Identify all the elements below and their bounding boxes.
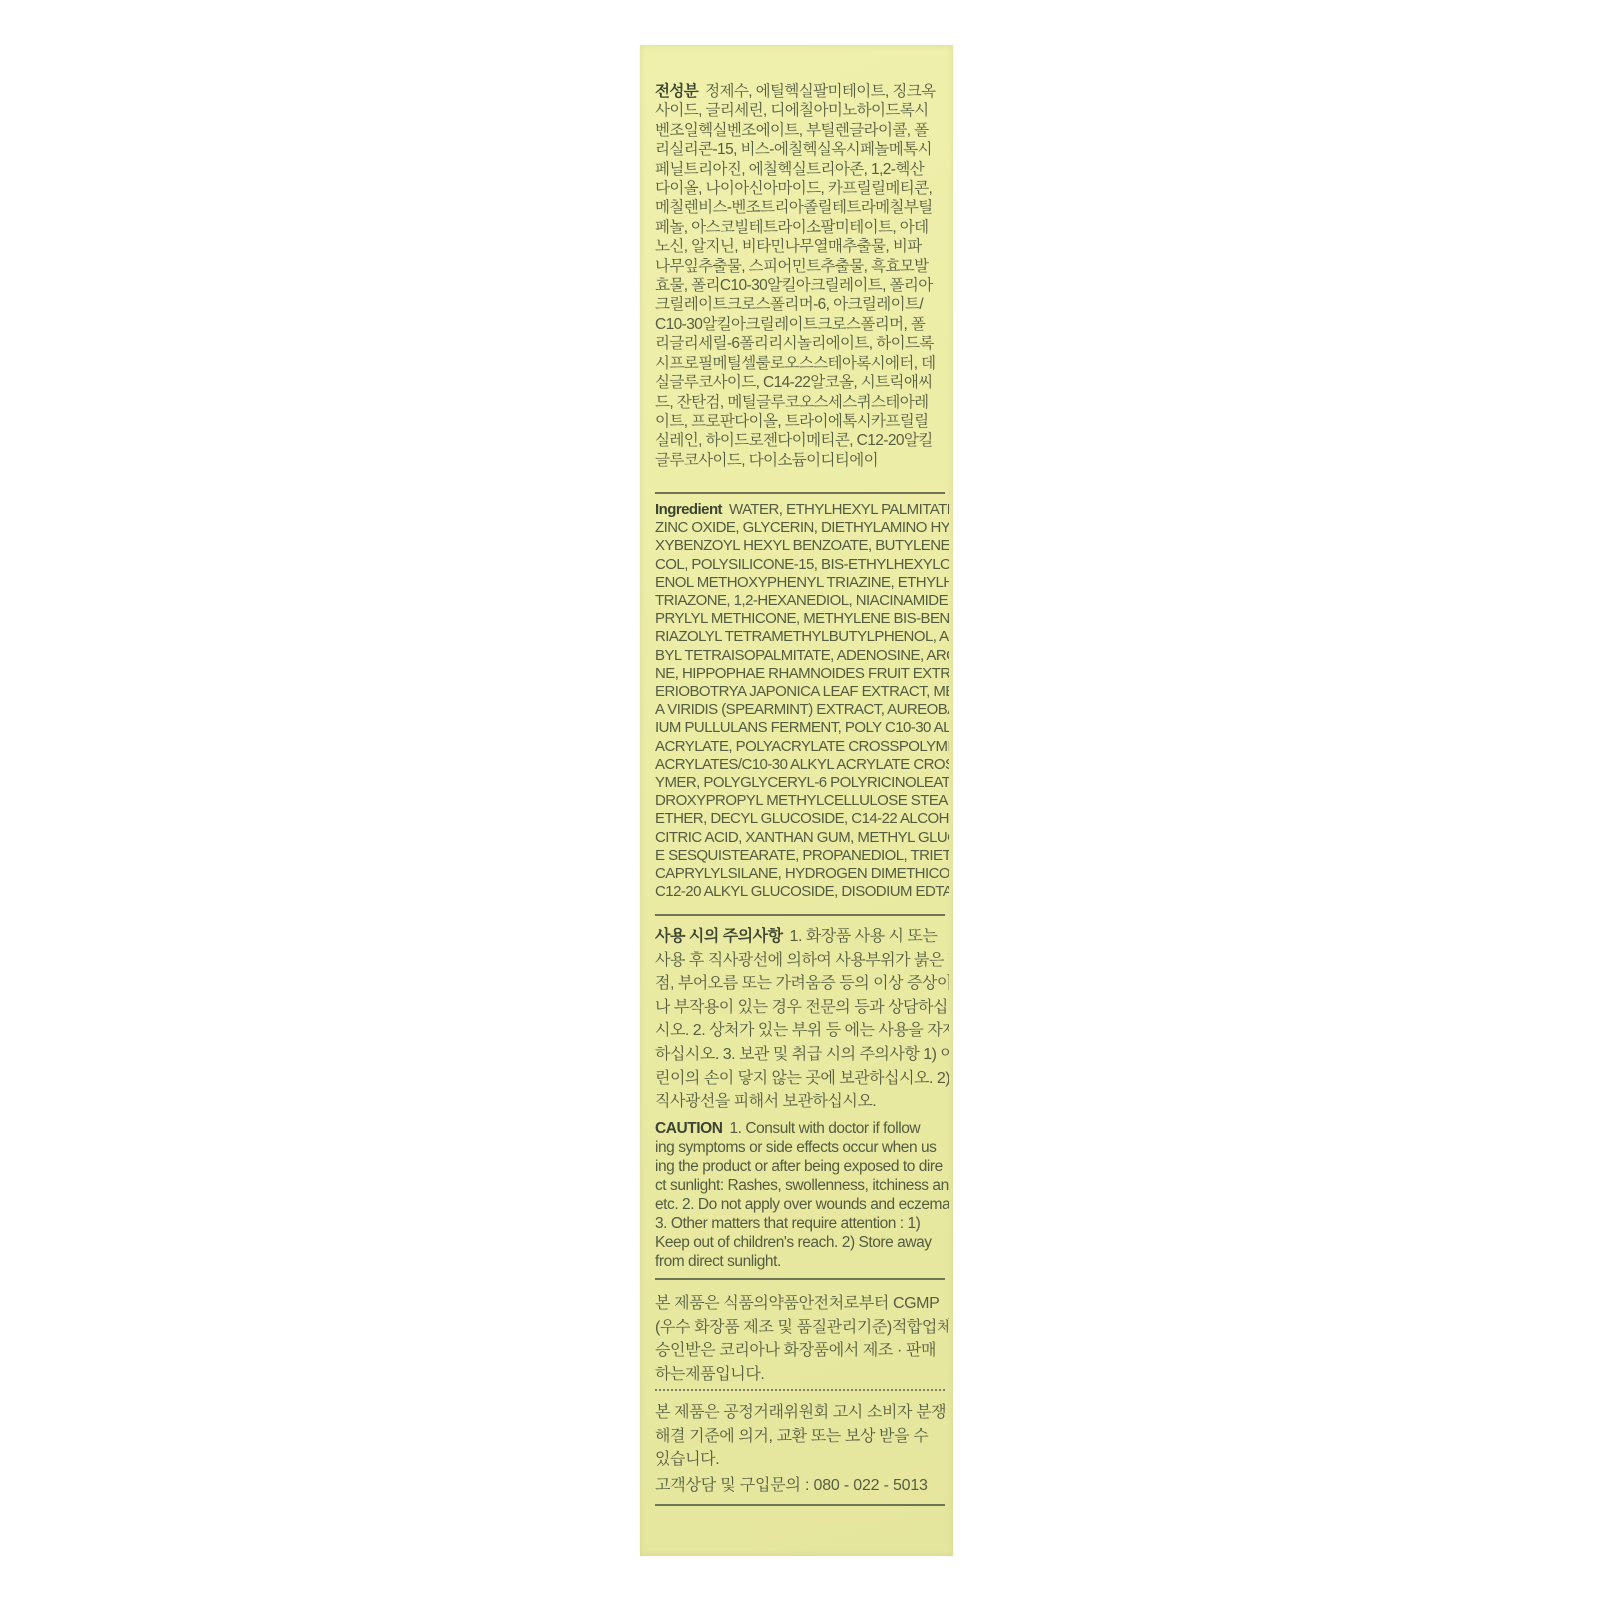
text-line: 본 제품은 공정거래위원회 고시 소비자 분쟁 [655, 1401, 949, 1425]
text-line: 있습니다. [655, 1448, 949, 1472]
text-line: ing the product or after being exposed t… [655, 1157, 949, 1176]
text-line: 메칠렌비스-벤조트리아졸릴테트라메칠부틸 [655, 198, 949, 217]
text-line: Keep out of children's reach. 2) Store a… [655, 1233, 949, 1252]
text-line: (우수 화장품 제조 및 품질관리기준)적합업체로 [655, 1316, 949, 1340]
text-line: 직사광선을 피해서 보관하십시오. [655, 1090, 949, 1114]
text-line: from direct sunlight. [655, 1252, 949, 1271]
text-line: ing symptoms or side effects occur when … [655, 1138, 949, 1157]
text-line: IUM PULLULANS FERMENT, POLY C10-30 ALKYL [655, 719, 949, 737]
text-line: 해결 기준에 의거, 교환 또는 보상 받을 수 [655, 1425, 949, 1449]
cgmp-statement-section: 본 제품은 식품의약품안전처로부터 CGMP(우수 화장품 제조 및 품질관리기… [655, 1292, 949, 1386]
section-divider [655, 914, 945, 916]
section-divider [655, 1278, 945, 1280]
text-line: 효물, 폴리C10-30알킬아크릴레이트, 폴리아 [655, 276, 949, 295]
ingredients-section-korean: 전성분정제수, 에틸헥실팔미테이트, 징크옥사이드, 글리세린, 디에칠아미노하… [655, 82, 949, 470]
text-line: 점, 부어오름 또는 가려움증 등의 이상 증상이 [655, 972, 949, 996]
text-line: 린이의 손이 닿지 않는 곳에 보관하십시오. 2) [655, 1067, 949, 1091]
text-line: 하십시오. 3. 보관 및 취급 시의 주의사항 1) 어 [655, 1043, 949, 1067]
section-divider [655, 492, 945, 494]
text-line: DROXYPROPYL METHYLCELLULOSE STEAROXY [655, 792, 949, 810]
text-line: 페놀, 아스코빌테트라이소팔미테이트, 아데 [655, 218, 949, 237]
text-line: 노신, 알지닌, 비타민나무열매추출물, 비파 [655, 237, 949, 256]
text-line: CAUTION1. Consult with doctor if follow [655, 1119, 949, 1138]
text-line: 다이올, 나이아신아마이드, 카프릴릴메티콘, [655, 179, 949, 198]
text-line: 나무잎추출물, 스피어민트추출물, 흑효모발 [655, 257, 949, 276]
text-line: 페닐트리아진, 에칠헥실트리아존, 1,2-헥산 [655, 160, 949, 179]
text-line: TRIAZONE, 1,2-HEXANEDIOL, NIACINAMIDE, C… [655, 592, 949, 610]
text-line: XYBENZOYL HEXYL BENZOATE, BUTYLENE GLY- [655, 537, 949, 555]
text-line: CITRIC ACID, XANTHAN GUM, METHYL GLUCOS- [655, 829, 949, 847]
text-line: 사용 시의 주의사항1. 화장품 사용 시 또는 [655, 925, 949, 949]
text-line: E SESQUISTEARATE, PROPANEDIOL, TRIETHOXY… [655, 847, 949, 865]
dotted-divider [655, 1389, 945, 1391]
caution-section-korean: 사용 시의 주의사항1. 화장품 사용 시 또는사용 후 직사광선에 의하여 사… [655, 925, 949, 1114]
text-line: C12-20 ALKYL GLUCOSIDE, DISODIUM EDTA [655, 883, 949, 901]
consumer-dispute-section: 본 제품은 공정거래위원회 고시 소비자 분쟁해결 기준에 의거, 교환 또는 … [655, 1401, 949, 1472]
ingredients-section-english: IngredientWATER, ETHYLHEXYL PALMITATE,ZI… [655, 501, 949, 901]
text-line: RIAZOLYL TETRAMETHYLBUTYLPHENOL, ASCOR- [655, 628, 949, 646]
text-line: IngredientWATER, ETHYLHEXYL PALMITATE, [655, 501, 949, 519]
text-line: A VIRIDIS (SPEARMINT) EXTRACT, AUREOBASI… [655, 701, 949, 719]
text-line: 하는제품입니다. [655, 1363, 949, 1387]
text-line: 본 제품은 식품의약품안전처로부터 CGMP [655, 1292, 949, 1316]
text-line: BYL TETRAISOPALMITATE, ADENOSINE, ARGINI… [655, 647, 949, 665]
text-line: 3. Other matters that require attention … [655, 1214, 949, 1233]
text-line: ZINC OXIDE, GLYCERIN, DIETHYLAMINO HYDRO… [655, 519, 949, 537]
text-line: 사이드, 글리세린, 디에칠아미노하이드록시 [655, 101, 949, 120]
text-line: 실글루코사이드, C14-22알코올, 시트릭애씨 [655, 373, 949, 392]
bottom-rule [655, 1504, 945, 1506]
text-line: ERIOBOTRYA JAPONICA LEAF EXTRACT, MENTH- [655, 683, 949, 701]
text-line: 드, 잔탄검, 메틸글루코오스세스퀴스테아레 [655, 393, 949, 412]
text-line: 글루코사이드, 다이소듐이디티에이 [655, 451, 949, 470]
text-line: etc. 2. Do not apply over wounds and ecz… [655, 1195, 949, 1214]
text-line: ENOL METHOXYPHENYL TRIAZINE, ETHYLHEXYL [655, 574, 949, 592]
text-line: 크릴레이트크로스폴리머-6, 아크릴레이트/ [655, 295, 949, 314]
text-line: 시프로필메틸셀룰로오스스테아록시에터, 데 [655, 354, 949, 373]
text-line: PRYLYL METHICONE, METHYLENE BIS-BENZOT- [655, 610, 949, 628]
section-heading: 사용 시의 주의사항 [655, 928, 783, 945]
text-line: CAPRYLYLSILANE, HYDROGEN DIMETHICONE, [655, 865, 949, 883]
text-line: 리실리콘-15, 비스-에칠헥실옥시페놀메톡시 [655, 140, 949, 159]
text-line: ACRYLATES/C10-30 ALKYL ACRYLATE CROSSPOL… [655, 756, 949, 774]
text-line: 리글리세릴-6폴리리시놀리에이트, 하이드록 [655, 334, 949, 353]
text-line: 전성분정제수, 에틸헥실팔미테이트, 징크옥 [655, 82, 949, 101]
text-line: 이트, 프로판다이올, 트라이에톡시카프릴릴 [655, 412, 949, 431]
text-line: 승인받은 코리아나 화장품에서 제조 · 판매 [655, 1339, 949, 1363]
label-photo-canvas: { "page": { "background_color": "#ffffff… [0, 0, 1600, 1600]
text-line: C10-30알킬아크릴레이트크로스폴리머, 폴 [655, 315, 949, 334]
text-line: ct sunlight: Rashes, swollenness, itchin… [655, 1176, 949, 1195]
text-line: ETHER, DECYL GLUCOSIDE, C14-22 ALCOHOLS, [655, 810, 949, 828]
text-line: 나 부작용이 있는 경우 전문의 등과 상담하십 [655, 996, 949, 1020]
text-line: YMER, POLYGLYCERYL-6 POLYRICINOLEATE, HY… [655, 774, 949, 792]
text-line: ACRYLATE, POLYACRYLATE CROSSPOLYMER-6, [655, 738, 949, 756]
section-heading: CAUTION [655, 1120, 722, 1137]
text-line: 시오. 2. 상처가 있는 부위 등 에는 사용을 자제 [655, 1019, 949, 1043]
text-line: 실레인, 하이드로젠다이메티콘, C12-20알킬 [655, 431, 949, 450]
section-heading: 전성분 [655, 83, 698, 100]
text-line: 사용 후 직사광선에 의하여 사용부위가 붉은 반 [655, 949, 949, 973]
customer-service-phone-line: 고객상담 및 구입문의 : 080 - 022 - 5013 [655, 1474, 949, 1498]
text-line: COL, POLYSILICONE-15, BIS-ETHYLHEXYLOXYP… [655, 556, 949, 574]
text-line: NE, HIPPOPHAE RHAMNOIDES FRUIT EXTRACT, [655, 665, 949, 683]
section-heading: Ingredient [655, 501, 722, 518]
product-label-panel: 전성분정제수, 에틸헥실팔미테이트, 징크옥사이드, 글리세린, 디에칠아미노하… [640, 45, 953, 1556]
text-line: 벤조일헥실벤조에이트, 부틸렌글라이콜, 폴 [655, 121, 949, 140]
caution-section-english: CAUTION1. Consult with doctor if followi… [655, 1119, 949, 1271]
